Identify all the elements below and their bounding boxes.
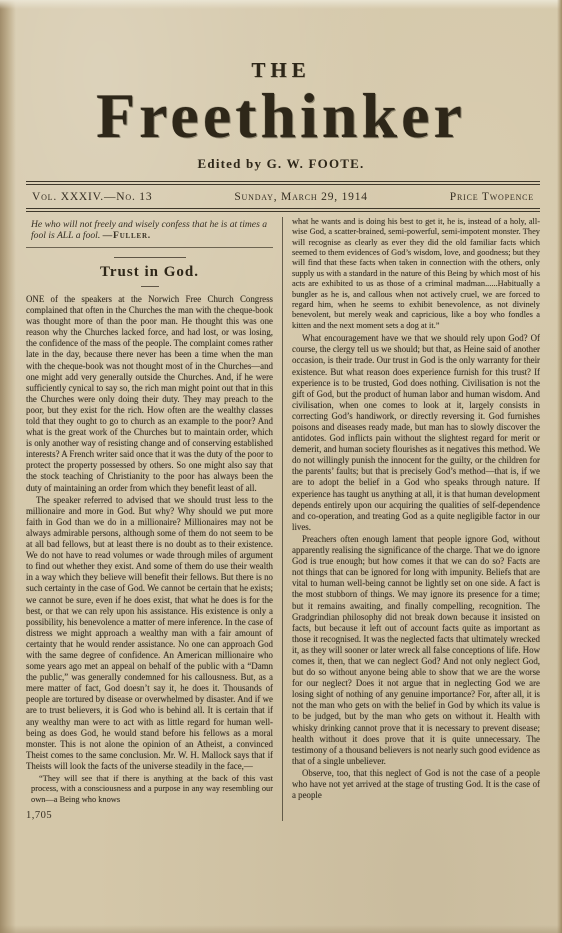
- section-rule: [114, 257, 186, 258]
- article-title: Trust in God.: [26, 264, 273, 281]
- folio-number: 1,705: [26, 810, 273, 821]
- paragraph: Observe, too, that this neglect of God i…: [292, 768, 540, 801]
- paragraph: ONE of the speakers at the Norwich Free …: [26, 294, 273, 494]
- issue-date: Sunday, March 29, 1914: [234, 191, 367, 203]
- article-columns: He who will not freely and wisely confes…: [26, 212, 540, 821]
- paragraph: The speaker referred to advised that we …: [26, 495, 273, 772]
- left-column: He who will not freely and wisely confes…: [26, 217, 283, 821]
- blockquote-paragraph: “They will see that if there is anything…: [26, 774, 273, 805]
- volume-number: Vol. XXXIV.—No. 13: [32, 191, 152, 203]
- paper-title: Freethinker: [0, 86, 562, 147]
- epigraph-attribution: —Fuller.: [103, 230, 151, 241]
- blockquote-paragraph: what he wants and is doing his best to g…: [292, 217, 540, 331]
- epigraph: He who will not freely and wisely confes…: [26, 217, 273, 248]
- page-edge-shadow-bottom: [0, 925, 562, 933]
- editor-line: Edited by G. W. FOOTE.: [0, 156, 562, 172]
- newspaper-page: THE Freethinker Edited by G. W. FOOTE. V…: [0, 0, 562, 933]
- masthead: THE Freethinker Edited by G. W. FOOTE.: [0, 0, 562, 172]
- dateline-bar: Vol. XXXIV.—No. 13 Sunday, March 29, 191…: [26, 181, 540, 212]
- paragraph: What encouragement have we that we shoul…: [292, 333, 540, 533]
- paragraph: Preachers often enough lament that peopl…: [292, 534, 540, 767]
- title-dash-rule: [141, 286, 159, 287]
- price-label: Price Twopence: [450, 191, 534, 203]
- right-column: what he wants and is doing his best to g…: [283, 217, 540, 821]
